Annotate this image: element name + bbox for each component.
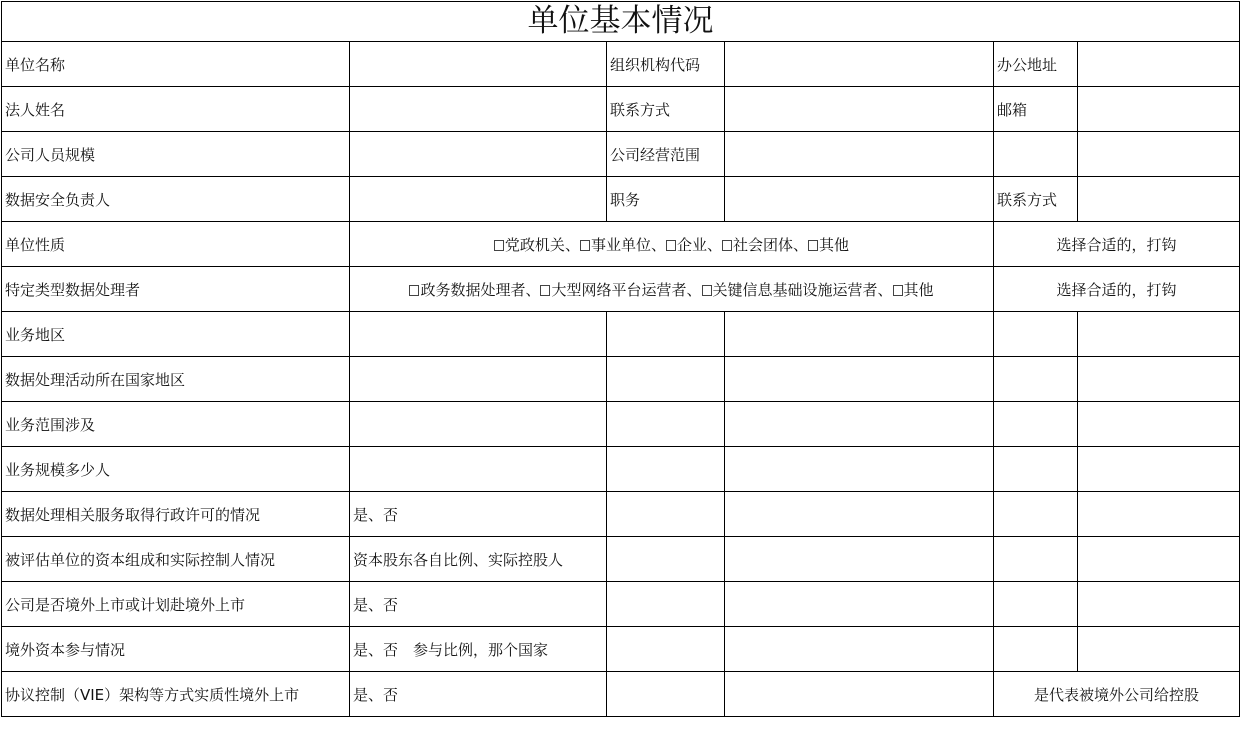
empty-cell[interactable] bbox=[607, 672, 725, 717]
label-data-security-officer: 数据安全负责人 bbox=[2, 177, 350, 222]
label-contact: 联系方式 bbox=[607, 87, 725, 132]
empty-cell[interactable] bbox=[725, 402, 994, 447]
label-vie-structure: 协议控制（VIE）架构等方式实质性境外上市 bbox=[2, 672, 350, 717]
table-row: 协议控制（VIE）架构等方式实质性境外上市 是、否 是代表被境外公司给控股 bbox=[2, 672, 1240, 717]
unit-nature-options: 党政机关、事业单位、企业、社会团体、其他 bbox=[350, 222, 994, 267]
table-row: 被评估单位的资本组成和实际控制人情况 资本股东各自比例、实际控股人 bbox=[2, 537, 1240, 582]
empty-cell[interactable] bbox=[725, 672, 994, 717]
empty-cell[interactable] bbox=[1078, 492, 1240, 537]
business-region-field[interactable] bbox=[350, 312, 607, 357]
empty-cell[interactable] bbox=[725, 447, 994, 492]
empty-cell[interactable] bbox=[994, 447, 1078, 492]
table-row: 单位名称 组织机构代码 办公地址 bbox=[2, 42, 1240, 87]
data-security-officer-field[interactable] bbox=[350, 177, 607, 222]
empty-cell[interactable] bbox=[725, 627, 994, 672]
empty-cell[interactable] bbox=[1078, 312, 1240, 357]
empty-cell[interactable] bbox=[994, 312, 1078, 357]
empty-cell[interactable] bbox=[994, 537, 1078, 582]
empty-cell[interactable] bbox=[725, 537, 994, 582]
processor-type-options: 政务数据处理者、大型网络平台运营者、关键信息基础设施运营者、其他 bbox=[350, 267, 994, 312]
empty-cell[interactable] bbox=[1078, 402, 1240, 447]
org-code-field[interactable] bbox=[725, 42, 994, 87]
checkbox-icon[interactable] bbox=[702, 285, 712, 296]
empty-cell[interactable] bbox=[607, 627, 725, 672]
label-unit-name: 单位名称 bbox=[2, 42, 350, 87]
empty-cell[interactable] bbox=[725, 357, 994, 402]
label-business-region: 业务地区 bbox=[2, 312, 350, 357]
checkbox-icon[interactable] bbox=[722, 240, 732, 251]
label-capital-structure: 被评估单位的资本组成和实际控制人情况 bbox=[2, 537, 350, 582]
empty-cell[interactable] bbox=[994, 627, 1078, 672]
staff-size-field[interactable] bbox=[350, 132, 607, 177]
office-address-field[interactable] bbox=[1078, 42, 1240, 87]
empty-cell[interactable] bbox=[607, 402, 725, 447]
admin-license-field[interactable]: 是、否 bbox=[350, 492, 607, 537]
table-row: 业务地区 bbox=[2, 312, 1240, 357]
empty-cell[interactable] bbox=[725, 312, 994, 357]
checkbox-icon[interactable] bbox=[893, 285, 903, 296]
table-row: 数据处理活动所在国家地区 bbox=[2, 357, 1240, 402]
table-row: 特定类型数据处理者 政务数据处理者、大型网络平台运营者、关键信息基础设施运营者、… bbox=[2, 267, 1240, 312]
table-row: 公司人员规模 公司经营范围 bbox=[2, 132, 1240, 177]
empty-cell[interactable] bbox=[725, 492, 994, 537]
label-email: 邮箱 bbox=[994, 87, 1078, 132]
table-row: 法人姓名 联系方式 邮箱 bbox=[2, 87, 1240, 132]
label-business-coverage: 业务范围涉及 bbox=[2, 402, 350, 447]
label-staff-size: 公司人员规模 bbox=[2, 132, 350, 177]
empty-cell[interactable] bbox=[607, 357, 725, 402]
empty-cell[interactable] bbox=[1078, 132, 1240, 177]
label-officer-contact: 联系方式 bbox=[994, 177, 1078, 222]
empty-cell[interactable] bbox=[994, 582, 1078, 627]
label-legal-rep: 法人姓名 bbox=[2, 87, 350, 132]
empty-cell[interactable] bbox=[994, 357, 1078, 402]
label-position: 职务 bbox=[607, 177, 725, 222]
label-org-code: 组织机构代码 bbox=[607, 42, 725, 87]
option-label: 党政机关 bbox=[505, 236, 565, 254]
empty-cell[interactable] bbox=[607, 537, 725, 582]
legal-rep-field[interactable] bbox=[350, 87, 607, 132]
checkbox-icon[interactable] bbox=[808, 240, 818, 251]
empty-cell[interactable] bbox=[607, 447, 725, 492]
label-business-scale: 业务规模多少人 bbox=[2, 447, 350, 492]
empty-cell[interactable] bbox=[1078, 447, 1240, 492]
table-row: 业务范围涉及 bbox=[2, 402, 1240, 447]
empty-cell[interactable] bbox=[1078, 537, 1240, 582]
empty-cell[interactable] bbox=[1078, 357, 1240, 402]
contact-field[interactable] bbox=[725, 87, 994, 132]
label-foreign-capital: 境外资本参与情况 bbox=[2, 627, 350, 672]
checkbox-icon[interactable] bbox=[540, 285, 550, 296]
table-row: 数据安全负责人 职务 联系方式 bbox=[2, 177, 1240, 222]
table-row: 业务规模多少人 bbox=[2, 447, 1240, 492]
empty-cell[interactable] bbox=[1078, 582, 1240, 627]
table-row: 公司是否境外上市或计划赴境外上市 是、否 bbox=[2, 582, 1240, 627]
checkbox-icon[interactable] bbox=[580, 240, 590, 251]
label-business-scope: 公司经营范围 bbox=[607, 132, 725, 177]
email-field[interactable] bbox=[1078, 87, 1240, 132]
option-label: 其他 bbox=[904, 281, 934, 299]
empty-cell[interactable] bbox=[994, 132, 1078, 177]
empty-cell[interactable] bbox=[994, 492, 1078, 537]
processing-country-field[interactable] bbox=[350, 357, 607, 402]
checkbox-icon[interactable] bbox=[666, 240, 676, 251]
business-scale-field[interactable] bbox=[350, 447, 607, 492]
instruction-note: 选择合适的，打钩 bbox=[994, 222, 1240, 267]
checkbox-icon[interactable] bbox=[409, 285, 419, 296]
label-overseas-listing: 公司是否境外上市或计划赴境外上市 bbox=[2, 582, 350, 627]
vie-note: 是代表被境外公司给控股 bbox=[994, 672, 1240, 717]
sheet-title: 单位基本情况 bbox=[2, 2, 1240, 42]
business-coverage-field[interactable] bbox=[350, 402, 607, 447]
table-row: 单位性质 党政机关、事业单位、企业、社会团体、其他 选择合适的，打钩 bbox=[2, 222, 1240, 267]
label-processor-type: 特定类型数据处理者 bbox=[2, 267, 350, 312]
label-office-address: 办公地址 bbox=[994, 42, 1078, 87]
business-scope-field[interactable] bbox=[725, 132, 994, 177]
empty-cell[interactable] bbox=[607, 312, 725, 357]
vie-structure-field[interactable]: 是、否 bbox=[350, 672, 607, 717]
instruction-note: 选择合适的，打钩 bbox=[994, 267, 1240, 312]
option-label: 政务数据处理者 bbox=[420, 281, 525, 299]
label-unit-nature: 单位性质 bbox=[2, 222, 350, 267]
empty-cell[interactable] bbox=[994, 402, 1078, 447]
label-processing-country: 数据处理活动所在国家地区 bbox=[2, 357, 350, 402]
option-label: 事业单位 bbox=[591, 236, 651, 254]
officer-contact-field[interactable] bbox=[1078, 177, 1240, 222]
empty-cell[interactable] bbox=[725, 582, 994, 627]
option-label: 企业 bbox=[677, 236, 707, 254]
option-label: 社会团体 bbox=[733, 236, 793, 254]
basic-info-sheet: 单位基本情况 单位名称 组织机构代码 办公地址 法人姓名 联系方式 邮箱 公司人… bbox=[1, 1, 1240, 717]
option-label: 大型网络平台运营者 bbox=[551, 281, 686, 299]
position-field[interactable] bbox=[725, 177, 994, 222]
empty-cell[interactable] bbox=[1078, 627, 1240, 672]
empty-cell[interactable] bbox=[607, 492, 725, 537]
empty-cell[interactable] bbox=[607, 582, 725, 627]
table-row: 境外资本参与情况 是、否 参与比例，那个国家 bbox=[2, 627, 1240, 672]
foreign-capital-field[interactable]: 是、否 参与比例，那个国家 bbox=[350, 627, 607, 672]
unit-name-field[interactable] bbox=[350, 42, 607, 87]
label-admin-license: 数据处理相关服务取得行政许可的情况 bbox=[2, 492, 350, 537]
option-label: 关键信息基础设施运营者 bbox=[713, 281, 878, 299]
checkbox-icon[interactable] bbox=[494, 240, 504, 251]
option-label: 其他 bbox=[819, 236, 849, 254]
table-row: 数据处理相关服务取得行政许可的情况 是、否 bbox=[2, 492, 1240, 537]
overseas-listing-field[interactable]: 是、否 bbox=[350, 582, 607, 627]
capital-structure-field[interactable]: 资本股东各自比例、实际控股人 bbox=[350, 537, 607, 582]
